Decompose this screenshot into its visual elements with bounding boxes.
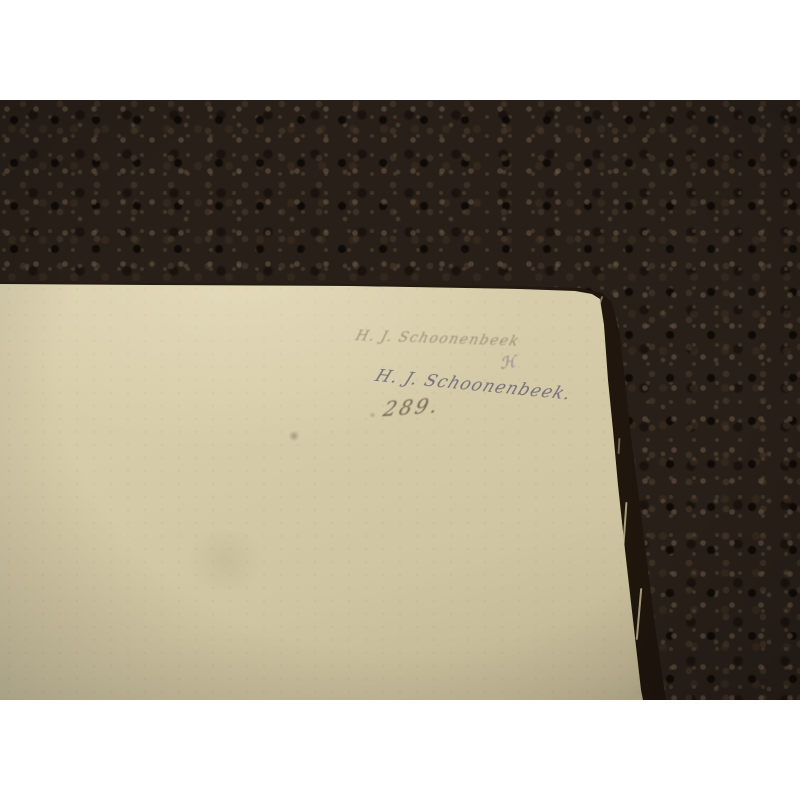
paper-stain: [180, 530, 270, 590]
paper-stain: [288, 431, 300, 441]
paper-stain: [369, 412, 376, 418]
signature-flourish: ℋ: [499, 352, 517, 373]
catalog-number: 289.: [381, 393, 443, 421]
book-photo: H. J. Schoonenbeek ℋ H. J. Schoonenbeek.…: [0, 100, 800, 700]
ink-signature: H. J. Schoonenbeek.: [372, 366, 575, 404]
pencil-inscription: H. J. Schoonenbeek: [354, 328, 522, 350]
photo-frame: H. J. Schoonenbeek ℋ H. J. Schoonenbeek.…: [0, 0, 800, 800]
